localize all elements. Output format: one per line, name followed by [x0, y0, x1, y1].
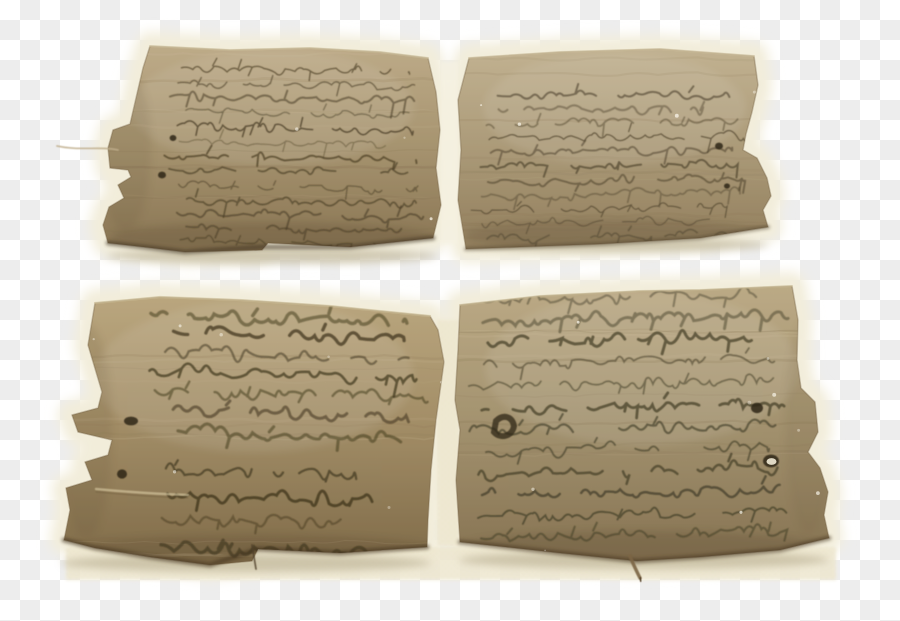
roman-writing-tablets-photo	[0, 0, 900, 621]
tablet-top-left-group	[57, 46, 463, 254]
tablet-top-right-binding-hole	[715, 143, 723, 150]
tablet-top-left-binding-hole	[170, 135, 177, 141]
tablet-top-right-group	[458, 49, 778, 251]
tablet-bottom-left-group	[60, 296, 464, 569]
tablet-top-right-binding-hole	[724, 183, 730, 188]
tablets-photo-rendering	[0, 0, 900, 621]
tablet-bottom-left-binding-hole	[124, 417, 138, 426]
tablet-bottom-left-binding-hole	[117, 469, 127, 478]
tablet-bottom-right-group	[455, 286, 855, 581]
tablet-bottom-right-binding-hole	[751, 403, 763, 413]
tablet-top-left-binding-hole	[158, 172, 166, 179]
